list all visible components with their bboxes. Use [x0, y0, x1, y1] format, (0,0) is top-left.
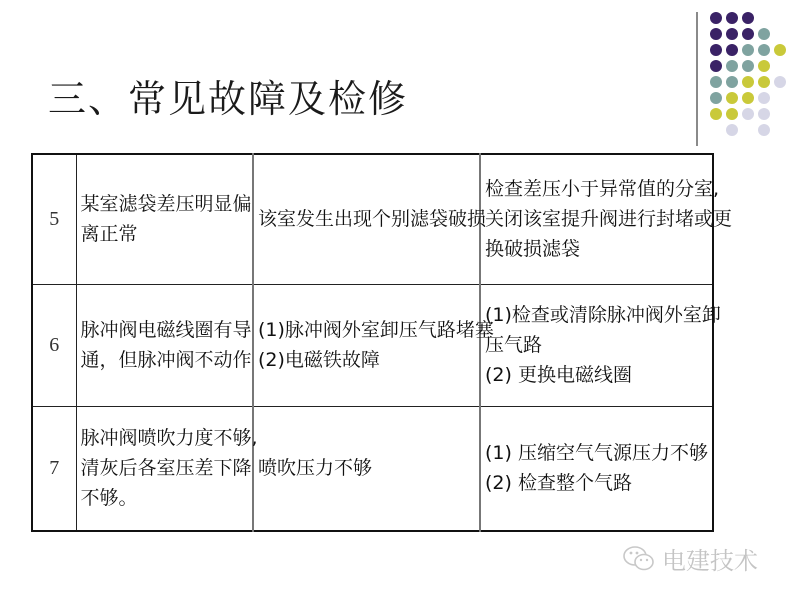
decorative-divider-line [696, 12, 698, 146]
row-number: 6 [32, 284, 76, 406]
remedy-cell: 检查差压小于异常值的分室, 关闭该室提升阀进行封堵或更 换破损滤袋 [480, 154, 713, 284]
table-row: 7 脉冲阀喷吹力度不够, 清灰后各室压差下降 不够。 喷吹压力不够 (1) 压缩… [32, 406, 713, 531]
table-row: 6 脉冲阀电磁线圈有导 通，但脉冲阀不动作 (1)脉冲阀外室卸压气路堵塞 (2)… [32, 284, 713, 406]
watermark: 电建技术 [622, 541, 758, 576]
table-row: 5 某室滤袋差压明显偏 离正常 该室发生出现个别滤袋破损 检查差压小于异常值的分… [32, 154, 713, 284]
slide-title: 三、常见故障及检修 [48, 68, 408, 123]
symptom-cell: 脉冲阀喷吹力度不够, 清灰后各室压差下降 不够。 [76, 406, 253, 531]
row-number: 5 [32, 154, 76, 284]
symptom-cell: 某室滤袋差压明显偏 离正常 [76, 154, 253, 284]
watermark-text: 电建技术 [662, 541, 758, 576]
wechat-icon [622, 545, 656, 573]
remedy-cell: (1) 压缩空气气源压力不够 (2) 检查整个气路 [480, 406, 713, 531]
fault-repair-table: 5 某室滤袋差压明显偏 离正常 该室发生出现个别滤袋破损 检查差压小于异常值的分… [31, 153, 714, 532]
cause-cell: 该室发生出现个别滤袋破损 [253, 154, 480, 284]
cause-cell: 喷吹压力不够 [253, 406, 480, 531]
remedy-cell: (1)检查或清除脉冲阀外室卸 压气路 (2) 更换电磁线圈 [480, 284, 713, 406]
cause-cell: (1)脉冲阀外室卸压气路堵塞 (2)电磁铁故障 [253, 284, 480, 406]
decorative-dot-grid [710, 12, 800, 132]
row-number: 7 [32, 406, 76, 531]
symptom-cell: 脉冲阀电磁线圈有导 通，但脉冲阀不动作 [76, 284, 253, 406]
